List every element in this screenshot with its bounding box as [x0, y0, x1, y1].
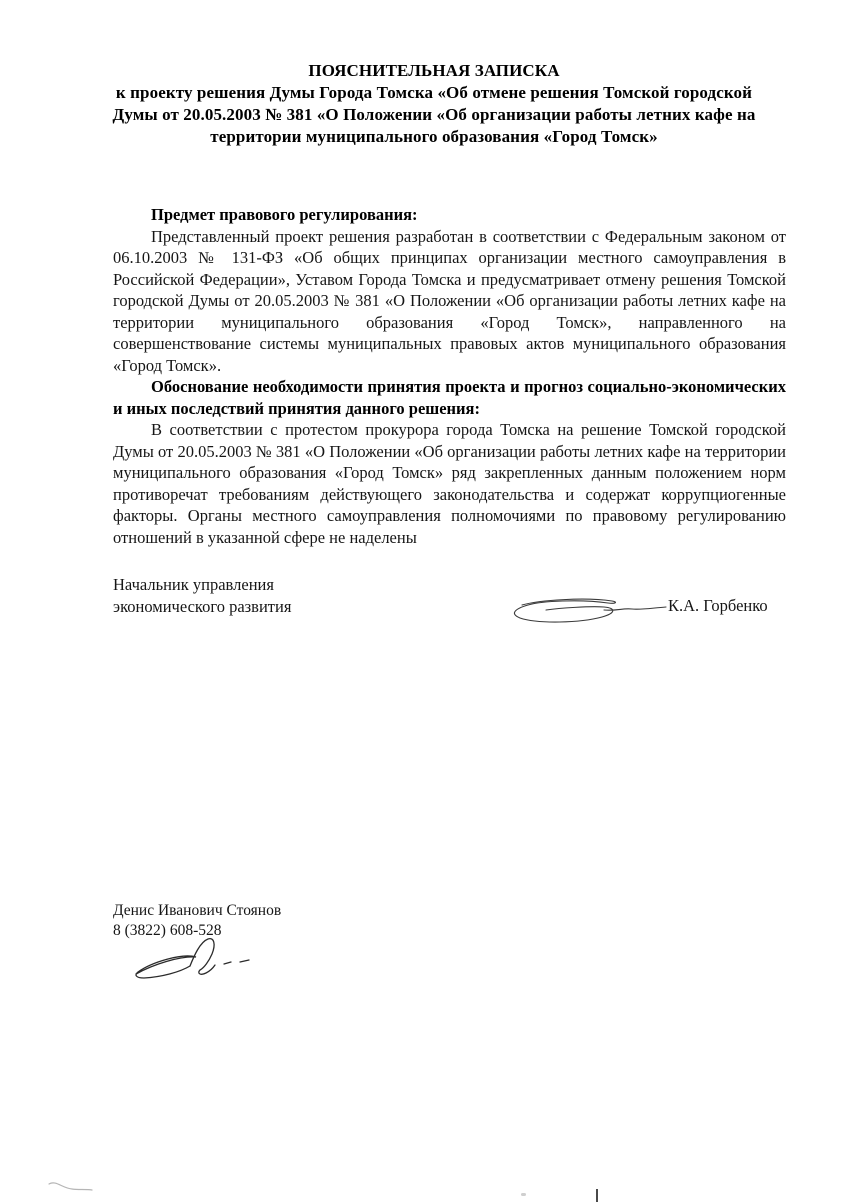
scan-artifact-squiggle: [46, 1178, 96, 1194]
title-line-4: территории муниципального образования «Г…: [78, 126, 790, 148]
section1-paragraph: Представленный проект решения разработан…: [113, 226, 786, 377]
title-line-1: ПОЯСНИТЕЛЬНАЯ ЗАПИСКА: [78, 60, 790, 82]
handwritten-signature-icon: [128, 932, 263, 990]
section2-heading: Обоснование необходимости принятия проек…: [113, 376, 786, 419]
document-title-block: ПОЯСНИТЕЛЬНАЯ ЗАПИСКА к проекту решения …: [78, 60, 790, 148]
handwritten-signature-icon: [500, 586, 672, 628]
scanned-document-page: ПОЯСНИТЕЛЬНАЯ ЗАПИСКА к проекту решения …: [0, 0, 850, 1202]
signatory-role: Начальник управления экономического разв…: [113, 574, 291, 618]
title-line-2: к проекту решения Думы Города Томска «Об…: [78, 82, 790, 104]
signatory-role-line-2: экономического развития: [113, 596, 291, 618]
section1-heading: Предмет правового регулирования:: [113, 204, 786, 226]
contact-name: Денис Иванович Стоянов: [113, 901, 281, 921]
signatory-role-line-1: Начальник управления: [113, 574, 291, 596]
title-line-3: Думы от 20.05.2003 № 381 «О Положении «О…: [78, 104, 790, 126]
signatory-name: К.А. Горбенко: [668, 596, 768, 616]
document-body: Предмет правового регулирования: Предста…: [113, 204, 786, 548]
section2-paragraph: В соответствии с протестом прокурора гор…: [113, 419, 786, 548]
scan-artifact-dot: [521, 1193, 526, 1196]
scan-artifact-tick: [596, 1189, 598, 1202]
